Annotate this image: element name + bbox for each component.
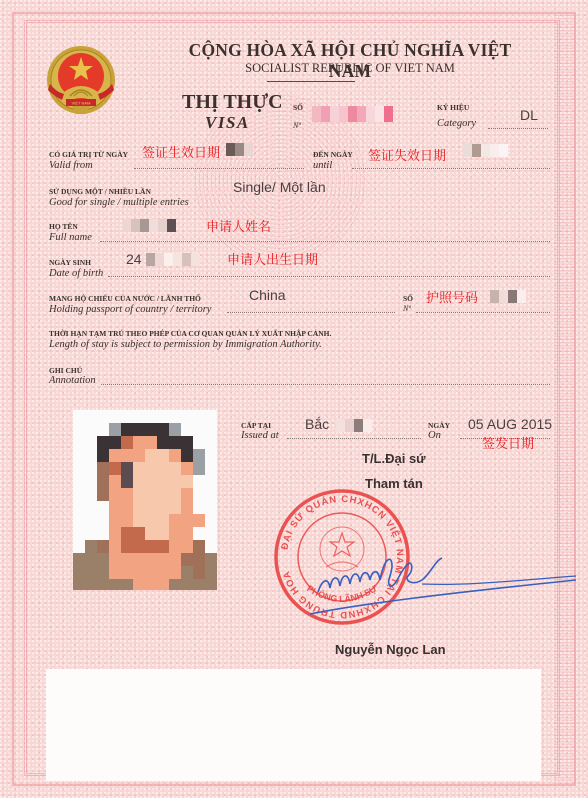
issued-at-value: Bắc	[305, 416, 329, 432]
signature-icon	[300, 540, 580, 630]
visa-number-redacted	[312, 106, 393, 122]
category-label-vn: KÝ HIỆU	[437, 103, 469, 112]
valid-from-label-vn: CÓ GIÁ TRỊ TỪ NGÀY	[49, 150, 128, 159]
full-name-annotation: 申请人姓名	[206, 216, 271, 235]
valid-from-dotted-line	[134, 168, 304, 169]
issued-on-label-en: On	[428, 430, 441, 441]
valid-until-label-en: until	[313, 160, 332, 171]
annotation-label-vn: GHI CHÚ	[49, 366, 82, 375]
passport-number-annotation: 护照号码	[426, 287, 478, 306]
country-name-en: SOCIALIST REPUBLIC OF VIET NAM	[170, 61, 530, 76]
passport-country-label-en: Holding passport of country / territory	[49, 304, 211, 315]
machine-readable-zone	[46, 669, 541, 781]
dob-redacted	[146, 253, 200, 266]
document-title-en: VISA	[205, 113, 250, 133]
passport-number-redacted	[490, 290, 526, 303]
category-value: DL	[520, 107, 538, 123]
full-name-label-en: Full name	[49, 232, 92, 243]
issued-on-value: 05 AUG 2015	[468, 416, 552, 432]
inner-border	[24, 20, 560, 776]
annotation-label-en: Annotation	[49, 375, 96, 386]
valid-until-annotation: 签证失效日期	[368, 145, 446, 164]
valid-from-label-en: Valid from	[49, 160, 93, 171]
valid-from-redacted	[226, 143, 253, 156]
national-emblem-icon: VIỆT NAM	[44, 44, 118, 118]
passport-number-dotted-line	[416, 312, 550, 313]
annotation-dotted-line	[101, 384, 550, 385]
full-name-label-vn: HỌ TÊN	[49, 222, 78, 231]
issued-at-dotted-line	[287, 438, 421, 439]
dob-dotted-line	[108, 276, 550, 277]
entries-value: Single/ Một lần	[233, 179, 326, 195]
issued-on-annotation: 签发日期	[482, 433, 534, 452]
signatory-title: T/L.Đại sứ	[362, 451, 426, 466]
valid-until-label-vn: ĐẾN NGÀY	[313, 150, 353, 159]
passport-country-label-vn: MANG HỘ CHIẾU CỦA NƯỚC / LÃNH THỔ	[49, 294, 201, 303]
passport-number-label-vn: SỐ	[403, 294, 413, 303]
visa-document: VIỆT NAM CỘNG HÒA XÃ HỘI CHỦ NGHĨA VIỆT …	[0, 0, 588, 798]
issued-at-redacted	[336, 419, 372, 432]
signatory-name: Nguyễn Ngọc Lan	[335, 642, 446, 657]
visa-number-label-vn: SỐ	[293, 103, 303, 112]
valid-from-annotation: 签证生效日期	[142, 142, 220, 161]
dob-value: 24	[126, 251, 142, 267]
category-label-en: Category	[437, 118, 476, 129]
visa-number-label-en: Nº	[293, 121, 301, 130]
valid-until-dotted-line	[352, 168, 550, 169]
issued-at-label-vn: CẤP TẠI	[241, 421, 271, 430]
full-name-redacted	[122, 219, 176, 232]
category-dotted-line	[488, 128, 548, 129]
passport-country-value: China	[249, 287, 286, 303]
document-title-vn: THỊ THỰC	[182, 91, 283, 114]
passport-country-dotted-line	[227, 312, 395, 313]
valid-until-redacted	[463, 144, 508, 157]
entries-label-vn: SỬ DỤNG MỘT / NHIỀU LẦN	[49, 187, 151, 196]
header-divider	[267, 81, 355, 82]
svg-text:VIỆT NAM: VIỆT NAM	[72, 101, 91, 106]
dob-annotation: 申请人出生日期	[227, 249, 318, 268]
passport-number-label-en: Nº	[403, 304, 411, 313]
applicant-photo	[73, 410, 217, 590]
issued-at-label-en: Issued at	[241, 430, 279, 441]
dob-label-vn: NGÀY SINH	[49, 258, 91, 267]
security-band	[554, 14, 574, 784]
full-name-dotted-line	[100, 241, 550, 242]
issued-on-label-vn: NGÀY	[428, 421, 450, 430]
dob-label-en: Date of birth	[49, 268, 103, 279]
entries-label-en: Good for single / multiple entries	[49, 197, 189, 208]
stay-notice-en: Length of stay is subject to permission …	[49, 339, 322, 350]
stay-notice-vn: THỜI HẠN TẠM TRÚ THEO PHÉP CỦA CƠ QUAN Q…	[49, 329, 331, 338]
